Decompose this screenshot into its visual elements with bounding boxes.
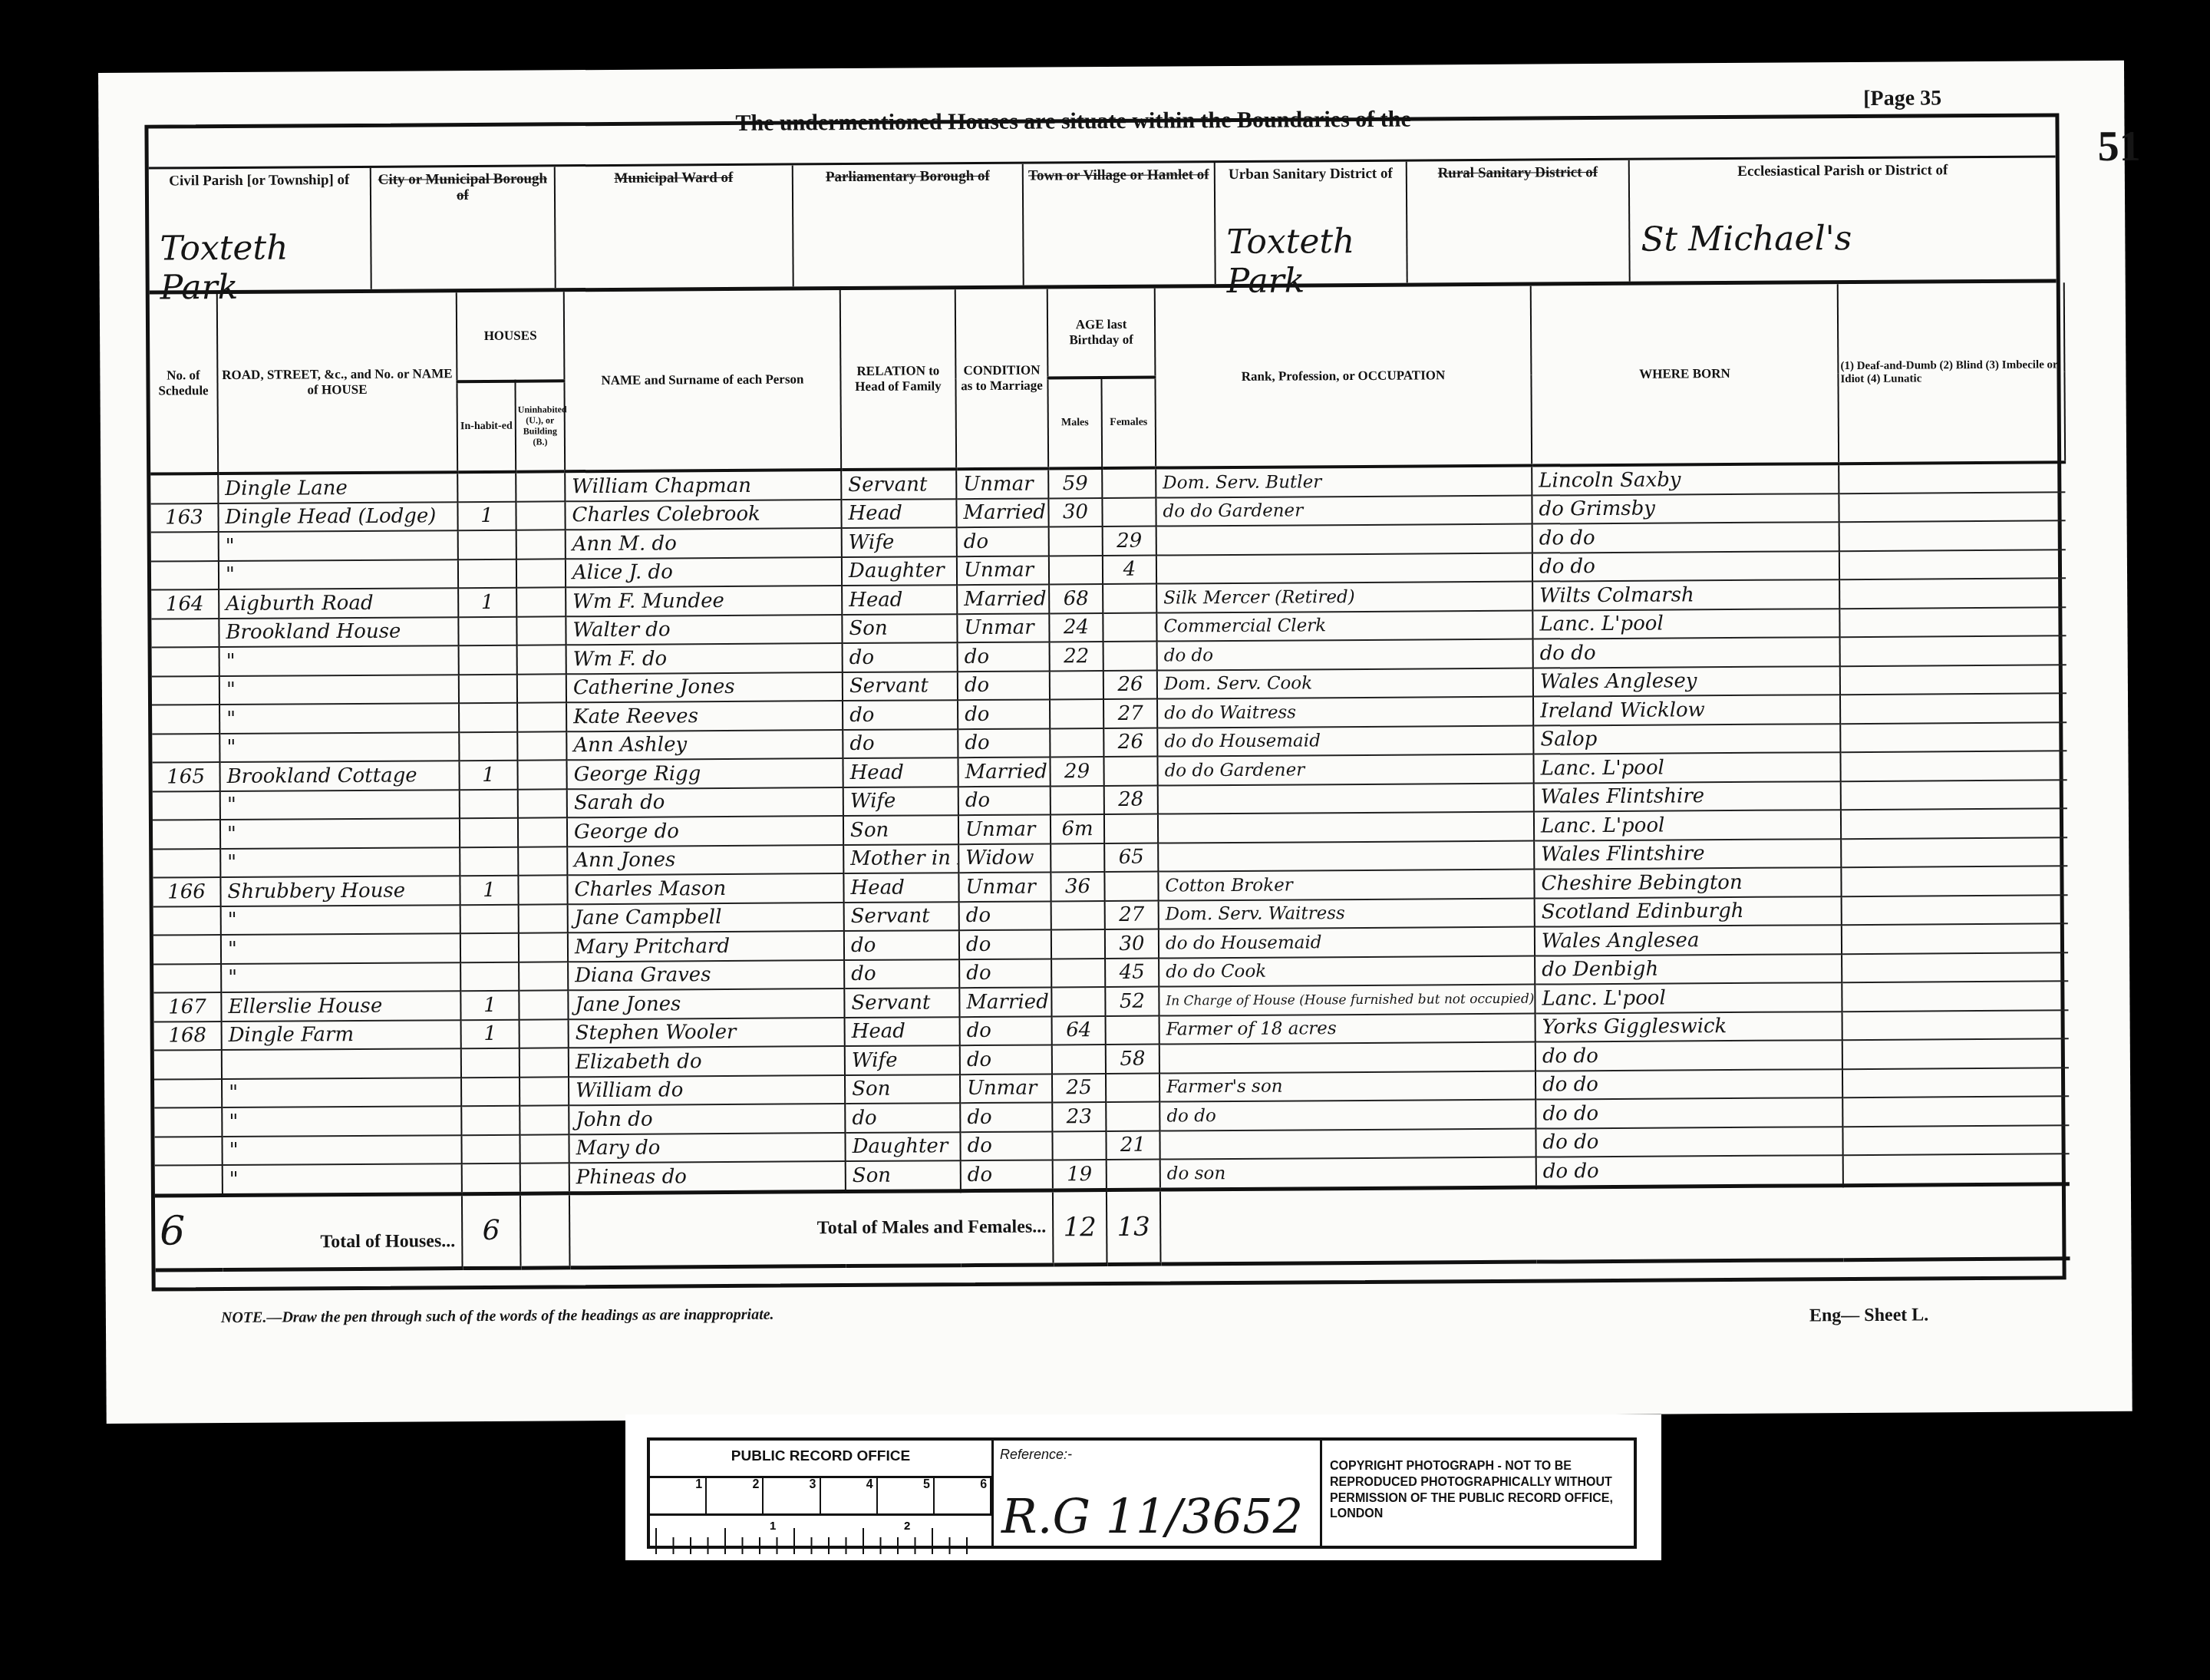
occupation-text: do do Gardener	[1165, 760, 1305, 781]
cell-empty	[516, 616, 566, 645]
cell-road: "	[220, 790, 460, 820]
cell-name: Wm F. Mundee	[566, 586, 842, 616]
cell-empty	[1840, 751, 2067, 781]
cell-inhabited	[461, 1077, 520, 1106]
cell-name: Jane Campbell	[568, 903, 844, 933]
cell-occupation: do do Gardener	[1157, 754, 1533, 785]
cell-female-age	[1107, 1160, 1160, 1190]
cell-empty	[520, 1163, 569, 1193]
cell-male-age	[1050, 699, 1103, 728]
cell-condition: do	[959, 901, 1051, 930]
copyright-notice: COPYRIGHT PHOTOGRAPH - NOT TO BE REPRODU…	[1322, 1441, 1634, 1546]
cell-male-age	[1051, 843, 1104, 873]
cell-empty	[519, 962, 568, 991]
cell-where-born: Lanc. L'pool	[1535, 982, 1842, 1013]
cell-name: Sarah do	[567, 787, 843, 818]
cell-occupation	[1156, 553, 1532, 583]
occupation-text: Farmer's son	[1166, 1077, 1283, 1097]
cell-inhabited	[460, 789, 518, 818]
cell-road: "	[219, 703, 459, 733]
col-schedule: No. of Schedule	[150, 294, 218, 474]
cell-condition: do	[960, 1045, 1052, 1074]
cell-occupation: do do	[1157, 639, 1533, 670]
cell-relation: Head	[843, 757, 958, 787]
ruler-ticks: 12	[650, 1516, 991, 1554]
cell-schedule	[153, 906, 221, 936]
boundary-label: Ecclesiastical Parish or District of	[1630, 157, 2056, 180]
cell-empty	[520, 1048, 569, 1077]
cell-female-age: 4	[1103, 555, 1156, 584]
cell-relation: Son	[845, 1074, 960, 1104]
col-houses: HOUSES	[457, 292, 565, 381]
cell-male-age: 68	[1049, 584, 1103, 613]
cell-occupation: In Charge of House (House furnished but …	[1159, 985, 1535, 1015]
cell-name: Phineas do	[569, 1161, 846, 1193]
total-persons-label: Total of Males and Females...	[569, 1190, 1054, 1267]
cell-road: "	[220, 847, 460, 877]
cell-empty	[516, 501, 565, 530]
totals-row: 6 Total of Houses... 6 Total of Males an…	[155, 1183, 2070, 1269]
col-occupation: Rank, Profession, or OCCUPATION	[1155, 286, 1532, 468]
cell-condition: Unmar	[956, 468, 1048, 498]
cell-condition: Widow	[958, 843, 1051, 873]
cell-empty	[1840, 665, 2067, 695]
occupation-text: do do Waitress	[1164, 702, 1296, 723]
cell-relation: Servant	[844, 988, 959, 1017]
cell-inhabited	[460, 933, 519, 962]
cell-occupation: Dom. Serv. Waitress	[1159, 898, 1535, 929]
reference-number: R.G 11/3652	[1001, 1488, 1303, 1544]
cell-relation: Wife	[842, 527, 957, 556]
cell-inhabited	[458, 559, 516, 588]
cell-where-born: Cheshire Bebington	[1534, 867, 1841, 898]
cell-relation: do	[845, 1103, 960, 1132]
boundary-3: Parliamentary Borough of	[793, 164, 1024, 287]
col-males: Males	[1047, 378, 1102, 468]
cell-inhabited: 1	[458, 588, 516, 617]
cell-inhabited	[460, 904, 519, 933]
cell-where-born: Lincoln Saxby	[1532, 464, 1839, 495]
folio-number: 51	[2097, 122, 2140, 171]
cell-name: Stephen Wooler	[569, 1018, 845, 1048]
cell-female-age	[1103, 612, 1156, 642]
reference-label: Reference:-	[1000, 1447, 1072, 1463]
cell-road: "	[221, 933, 460, 963]
cell-empty	[1840, 722, 2067, 752]
cell-inhabited	[462, 1163, 520, 1193]
occupation-text: Dom. Serv. Cook	[1164, 674, 1312, 695]
col-females: Females	[1101, 378, 1156, 468]
cell-female-age: 45	[1105, 958, 1159, 987]
cell-road	[222, 1048, 461, 1078]
cell-relation: Daughter	[842, 556, 957, 586]
inch-mark: 2	[707, 1478, 764, 1513]
cell-condition: do	[960, 1131, 1052, 1160]
cell-schedule	[150, 474, 218, 503]
boundary-value: St Michael's	[1641, 219, 1852, 259]
cell-male-age	[1052, 1045, 1106, 1074]
cell-schedule	[152, 705, 219, 734]
cell-where-born: do do	[1535, 1069, 1842, 1100]
cell-inhabited	[460, 962, 519, 991]
cell-condition: do	[961, 1160, 1053, 1190]
cell-male-age	[1050, 671, 1103, 700]
cell-occupation: do do Gardener	[1156, 495, 1532, 526]
boundary-6: Rural Sanitary District of	[1407, 160, 1631, 283]
cell-male-age: 24	[1049, 613, 1103, 642]
cell-empty	[1841, 808, 2067, 838]
cell-road: "	[221, 962, 460, 992]
census-form: Civil Parish [or Township] ofToxteth Par…	[144, 113, 2066, 1291]
cell-female-age: 58	[1106, 1045, 1159, 1074]
cell-male-age: 25	[1052, 1074, 1106, 1103]
cell-empty	[518, 789, 567, 818]
cell-inhabited: 1	[460, 876, 518, 905]
cell-road: "	[222, 1078, 461, 1107]
cell-inhabited	[461, 1048, 520, 1078]
cell-road: Shrubbery House	[220, 876, 460, 906]
cell-schedule	[152, 676, 219, 705]
cell-empty	[1839, 607, 2066, 637]
col-road: ROAD, STREET, &c., and No. or NAME of HO…	[217, 292, 457, 474]
cell-male-age	[1050, 728, 1103, 757]
cell-male-age	[1051, 929, 1105, 959]
cell-road: Brookland House	[219, 617, 458, 647]
cell-male-age	[1051, 786, 1104, 815]
cell-name: Diana Graves	[568, 960, 844, 991]
cell-name: Ann M. do	[566, 528, 842, 559]
cell-inhabited: 1	[459, 761, 517, 790]
col-name: NAME and Surname of each Person	[564, 290, 841, 471]
cell-female-age: 52	[1105, 987, 1159, 1016]
cell-empty	[1839, 520, 2066, 550]
total-houses-value: 6	[462, 1193, 521, 1268]
cell-female-age: 21	[1106, 1130, 1159, 1160]
cell-empty	[1842, 1010, 2069, 1040]
cell-empty	[516, 530, 566, 559]
cell-relation: Daughter	[845, 1132, 960, 1161]
cell-male-age: 6m	[1051, 814, 1104, 843]
cell-schedule	[154, 1050, 222, 1079]
cell-empty	[1842, 1068, 2069, 1097]
cell-where-born: do do	[1532, 522, 1839, 553]
cell-empty	[516, 587, 566, 616]
cell-road: "	[223, 1163, 462, 1195]
cell-road: "	[219, 559, 458, 589]
cell-condition: Unmar	[958, 814, 1051, 843]
cell-empty	[518, 875, 567, 904]
cell-name: Mary do	[569, 1133, 845, 1163]
col-uninhabited: Uninhabited (U.), or Building (B.)	[515, 381, 565, 471]
occupation-text: Commercial Clerk	[1163, 616, 1326, 636]
cell-empty	[1842, 952, 2068, 982]
footer-note: NOTE.—Draw the pen through such of the w…	[221, 1306, 774, 1327]
cell-schedule: 163	[150, 503, 218, 533]
cell-occupation: Cotton Broker	[1158, 870, 1534, 900]
cell-name: Ann Ashley	[566, 730, 843, 761]
cell-empty	[516, 559, 566, 588]
cell-relation: Head	[841, 499, 956, 528]
cell-name: William do	[569, 1075, 845, 1106]
cell-inhabited	[458, 530, 516, 559]
cell-empty	[517, 760, 566, 789]
cell-relation: Wife	[843, 787, 958, 816]
cell-condition: Married	[959, 987, 1051, 1016]
cell-empty	[519, 904, 568, 933]
reference-box: Reference:- R.G 11/3652	[994, 1441, 1322, 1546]
cell-name: Wm F. do	[566, 643, 843, 674]
cell-condition: do	[958, 728, 1050, 757]
cell-schedule: 165	[152, 762, 219, 791]
cell-male-age	[1051, 901, 1105, 930]
cell-name: Jane Jones	[568, 989, 844, 1019]
cell-male-age: 29	[1050, 757, 1103, 786]
cell-schedule: 168	[154, 1022, 222, 1051]
cell-schedule	[154, 1079, 222, 1108]
cell-inhabited	[461, 1134, 520, 1163]
archive-label: PUBLIC RECORD OFFICE 123456 12 Reference…	[625, 1414, 1661, 1560]
cell-relation: Servant	[841, 469, 956, 499]
cell-road: Dingle Head (Lodge)	[218, 502, 457, 532]
cell-where-born: Yorks Giggleswick	[1535, 1012, 1842, 1042]
total-males: 12	[1053, 1190, 1107, 1264]
cell-relation: Head	[843, 873, 958, 902]
cell-empty	[1841, 780, 2067, 810]
occupation-text: In Charge of House (House furnished but …	[1166, 991, 1534, 1008]
cell-occupation: do do Waitress	[1157, 697, 1533, 728]
cell-empty	[518, 817, 567, 847]
occupation-text: Farmer of 18 acres	[1166, 1018, 1337, 1039]
census-page: The undermentioned Houses are situate wi…	[98, 61, 2132, 1424]
cell-occupation	[1159, 1042, 1535, 1073]
cell-condition: Unmar	[960, 1074, 1052, 1103]
boundary-4: Town or Village or Hamlet of	[1024, 163, 1216, 286]
cell-male-age	[1049, 526, 1103, 556]
cell-occupation: Dom. Serv. Butler	[1156, 466, 1532, 497]
cell-schedule	[153, 935, 221, 964]
cell-road: "	[220, 818, 460, 848]
cell-occupation: do do Housemaid	[1157, 725, 1533, 756]
cell-empty	[520, 1019, 569, 1048]
cell-where-born: do do	[1536, 1155, 1843, 1187]
cell-occupation: do do Cook	[1159, 956, 1535, 986]
cell-name: Mary Pritchard	[568, 931, 844, 962]
cell-road: Ellerslie House	[221, 991, 460, 1021]
cell-empty	[1839, 550, 2066, 579]
cell-condition: do	[960, 1102, 1052, 1131]
inch-mark: 4	[821, 1478, 878, 1513]
cell-schedule	[153, 849, 220, 878]
cell-inhabited	[458, 616, 516, 645]
boundary-1: City or Municipal Borough of	[371, 167, 556, 289]
boundary-7: Ecclesiastical Parish or District ofSt M…	[1630, 157, 2057, 281]
cell-empty	[518, 847, 567, 876]
cell-where-born: Salop	[1533, 724, 1840, 754]
cell-relation: do	[843, 729, 958, 758]
col-relation: RELATION to Head of Family	[840, 289, 956, 470]
cell-empty	[1841, 837, 2067, 867]
inch-mark: 5	[878, 1478, 935, 1513]
cell-where-born: Lanc. L'pool	[1533, 752, 1840, 783]
boundary-label: Municipal Ward of	[556, 165, 792, 187]
cell-empty	[520, 1134, 569, 1163]
cell-inhabited	[457, 472, 516, 502]
cell-female-age	[1103, 642, 1157, 671]
cell-male-age: 36	[1051, 872, 1104, 901]
col-infirmity: (1) Deaf-and-Dumb (2) Blind (3) Imbecile…	[1838, 282, 2065, 464]
cell-name: Kate Reeves	[566, 701, 843, 731]
cell-road: Dingle Lane	[218, 472, 457, 503]
cell-road: "	[219, 645, 459, 675]
cell-schedule: 167	[153, 992, 221, 1022]
inch-mark: 1	[650, 1478, 707, 1513]
cell-empty	[517, 674, 566, 703]
cell-female-age: 28	[1104, 785, 1158, 814]
occupation-text: Silk Mercer (Retired)	[1163, 587, 1355, 609]
cell-inhabited: 1	[460, 991, 519, 1020]
cell-name: George Rigg	[566, 758, 843, 789]
cell-empty	[1842, 923, 2068, 953]
cell-road: "	[219, 732, 459, 762]
inch-scale: 123456	[650, 1478, 991, 1516]
cell-condition: do	[958, 642, 1050, 671]
cell-male-age: 30	[1048, 498, 1102, 527]
cell-occupation	[1158, 840, 1534, 871]
cell-name: George do	[567, 816, 843, 847]
record-office-ruler: PUBLIC RECORD OFFICE 123456 12	[650, 1441, 994, 1546]
cell-name: William Chapman	[565, 470, 841, 501]
cell-female-age: 29	[1103, 526, 1156, 556]
occupation-text: do son	[1167, 1163, 1226, 1183]
cell-empty	[1839, 462, 2065, 493]
boundary-label: Town or Village or Hamlet of	[1024, 163, 1214, 184]
cell-where-born: do do	[1532, 551, 1839, 582]
cell-road: Dingle Farm	[222, 1020, 461, 1050]
cell-empty	[1840, 693, 2067, 723]
cell-female-age: 26	[1103, 670, 1157, 699]
cell-name: Elizabeth do	[569, 1046, 845, 1077]
boundary-label: City or Municipal Borough of	[371, 167, 554, 204]
cell-schedule	[151, 619, 219, 648]
cell-male-age: 64	[1052, 1016, 1106, 1045]
cell-where-born: do Grimsby	[1532, 493, 1839, 524]
cell-condition: Unmar	[957, 556, 1049, 585]
cell-road: "	[221, 905, 460, 935]
cell-road: "	[222, 1106, 461, 1136]
cell-relation: Son	[843, 815, 958, 844]
cell-relation: do	[843, 642, 958, 672]
cell-male-age	[1051, 987, 1105, 1016]
cell-male-age: 19	[1053, 1160, 1107, 1190]
boundary-label: Parliamentary Borough of	[793, 164, 1022, 186]
cell-relation: do	[844, 959, 959, 989]
cell-male-age	[1052, 1131, 1106, 1160]
cell-schedule	[155, 1165, 223, 1196]
record-office-name: PUBLIC RECORD OFFICE	[650, 1441, 991, 1478]
cell-empty	[520, 1105, 569, 1134]
cell-schedule: 166	[153, 877, 220, 906]
cell-condition: Unmar	[957, 613, 1049, 642]
cell-relation: Son	[842, 614, 957, 643]
cell-where-born: do Denbigh	[1535, 954, 1842, 985]
cell-inhabited	[461, 1106, 520, 1135]
cell-occupation	[1158, 783, 1534, 814]
cell-relation: do	[843, 700, 958, 729]
boundary-label: Civil Parish [or Township] of	[149, 168, 370, 190]
boundary-5: Urban Sanitary District ofToxteth Park	[1215, 162, 1408, 285]
cell-female-age	[1103, 584, 1156, 613]
occupation-text: do do Housemaid	[1166, 932, 1322, 953]
cell-condition: do	[959, 959, 1051, 988]
occupation-text: do do	[1164, 645, 1214, 665]
cell-schedule	[153, 820, 220, 849]
cell-name: Ann Jones	[567, 845, 843, 876]
household-table: No. of Schedule ROAD, STREET, &c., and N…	[150, 282, 2063, 1272]
cell-inhabited	[459, 674, 517, 703]
cell-empty	[519, 990, 568, 1019]
occupation-text: do do	[1166, 1106, 1216, 1126]
svg-text:2: 2	[904, 1520, 910, 1533]
cell-name: John do	[569, 1104, 845, 1134]
cell-occupation: Commercial Clerk	[1156, 610, 1532, 641]
cell-where-born: do do	[1535, 1040, 1842, 1071]
cell-empty	[1842, 981, 2068, 1011]
occupation-text: Dom. Serv. Butler	[1163, 472, 1321, 493]
cell-schedule	[152, 647, 219, 676]
cell-schedule	[151, 532, 219, 561]
cell-female-age: 26	[1103, 728, 1157, 757]
cell-inhabited	[460, 847, 518, 876]
cell-condition: do	[959, 929, 1051, 959]
cell-condition: do	[960, 1016, 1052, 1045]
cell-male-age	[1049, 556, 1103, 585]
cell-female-age	[1104, 814, 1158, 843]
cell-schedule: 164	[151, 589, 219, 619]
cell-road: Brookland Cottage	[219, 761, 459, 790]
cell-road: "	[222, 1135, 461, 1165]
page-number: [Page 35	[1863, 86, 1941, 111]
cell-schedule	[152, 734, 219, 763]
cell-road: "	[219, 675, 459, 705]
cell-occupation: Silk Mercer (Retired)	[1156, 582, 1532, 612]
cell-male-age: 22	[1050, 642, 1103, 671]
cell-male-age: 59	[1048, 468, 1102, 498]
cell-female-age	[1106, 1102, 1159, 1131]
cell-where-born: Lanc. L'pool	[1534, 810, 1841, 840]
cell-occupation: do do	[1159, 1100, 1535, 1130]
cell-male-age	[1051, 959, 1105, 988]
cell-empty	[1842, 1096, 2069, 1126]
cell-relation: do	[844, 930, 959, 959]
cell-empty	[517, 645, 566, 674]
cell-empty	[1843, 1154, 2070, 1185]
cell-name: Charles Mason	[567, 873, 843, 904]
total-females: 13	[1107, 1190, 1161, 1264]
cell-empty	[1841, 866, 2067, 896]
boundary-0: Civil Parish [or Township] ofToxteth Par…	[149, 168, 372, 291]
cell-where-born: Wales Flintshire	[1534, 839, 1841, 870]
cell-name: Charles Colebrook	[565, 500, 841, 530]
cell-empty	[517, 702, 566, 731]
cell-where-born: Ireland Wicklow	[1533, 695, 1840, 725]
cell-relation: Mother in Law	[843, 844, 958, 873]
cell-empty	[1839, 492, 2065, 522]
cell-empty	[519, 932, 568, 962]
occupation-text: do do Housemaid	[1164, 731, 1321, 752]
boundary-label: Urban Sanitary District of	[1215, 162, 1406, 183]
cell-female-age	[1102, 468, 1156, 498]
schedules-count: 6	[160, 1208, 185, 1254]
